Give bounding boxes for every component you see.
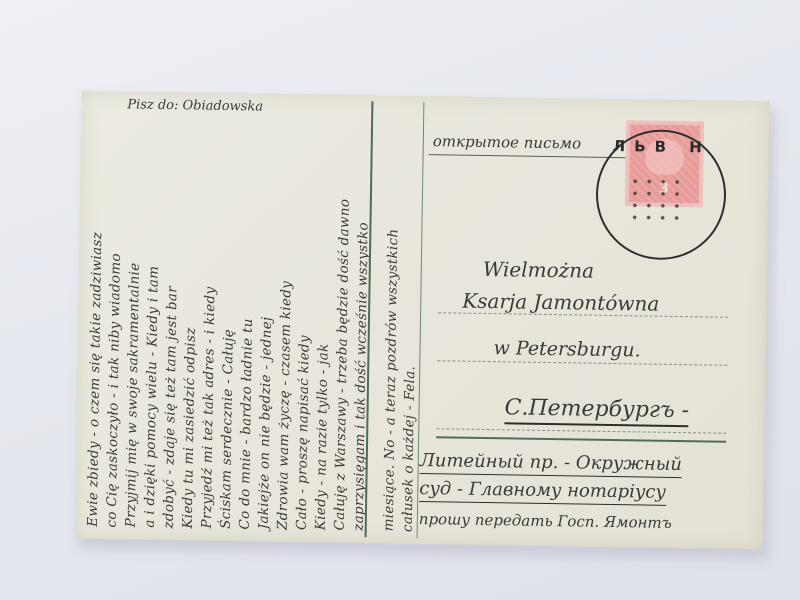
- printed-header: открытое письмо: [433, 132, 582, 152]
- message-line: a i dzięki pomocy wielu - Kiedy i tam: [142, 266, 162, 528]
- message-line: Kiedy tu mi zasiedzić odpisz: [180, 327, 199, 528]
- address-office: суд - Главному нотаріусу: [419, 478, 666, 506]
- message-line: Cało - proszę napisać kiedy: [294, 335, 313, 530]
- postcard-back: Ewie zbiedy - o czem się takie zadziwias…: [75, 91, 770, 550]
- message-line: całusek o każdej - Fela.: [400, 365, 419, 532]
- message-line: Przyjedź mi też tak adres - i kiedy: [199, 287, 219, 529]
- message-line: Co do mnie - bardzo ładnie tu: [237, 318, 256, 529]
- message-line: Zdrowia wam życzę - czasem kiedy: [275, 281, 295, 530]
- message-line: Ewie zbiedy - o czem się takie zadziwias…: [85, 232, 106, 527]
- message-line: Ściskam serdecznie - Całuję: [218, 329, 237, 529]
- address-forwarding-note: прошу передать Госп. Ямонтъ: [419, 510, 672, 532]
- message-line: zdobyć - zdaje się też tam jest bar: [161, 285, 181, 528]
- address-dotted-line: [437, 360, 727, 366]
- postmark: ЛЬВ Н: [595, 129, 727, 261]
- address-line-1: Wielmożna: [483, 257, 595, 283]
- address-street: Литейный пр. - Окружный: [420, 450, 683, 478]
- message-line: Jakiejże on nie będzie - jednej: [256, 317, 275, 530]
- message-line: Całuję z Warszawy - trzeba będzie dość d…: [332, 199, 353, 531]
- message-line: co Cię zaskoczyło - i tak niby wiadomo: [104, 253, 124, 528]
- address-solid-line: [436, 436, 726, 443]
- address-dotted-line: [436, 428, 726, 434]
- message-line: miesiące. No - a teraz pozdrów wszystkic…: [381, 229, 402, 532]
- top-margin-note: Pisz do: Obiadowska: [127, 97, 263, 114]
- address-line-2: Ksarja Jamontówna: [462, 289, 659, 316]
- address-city: С.Петербургъ -: [504, 395, 689, 427]
- postmark-dots: [628, 175, 689, 226]
- address-line-3: w Petersburgu.: [493, 337, 640, 361]
- message-line: Przyjmij mię w swoje sakramentalnie: [123, 263, 143, 528]
- postmark-text: ЛЬВ Н: [599, 137, 725, 157]
- message-line: Kiedy - na razie tylko - jak: [313, 344, 332, 531]
